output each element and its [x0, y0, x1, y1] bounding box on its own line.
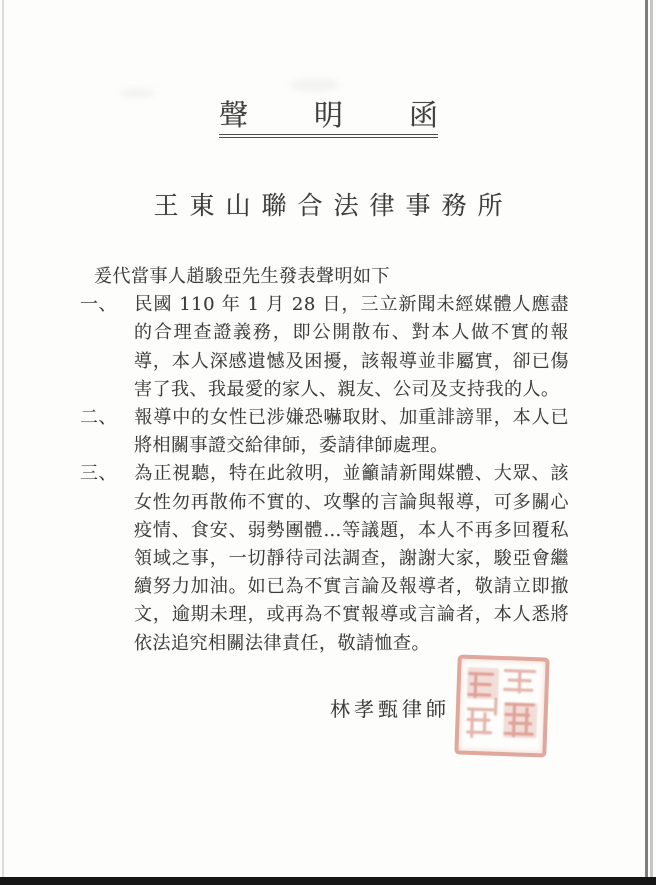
- lawyer-signature: 林孝甄律師: [330, 693, 450, 722]
- scan-smudge: [290, 78, 340, 92]
- statement-item-1: 一、民國 110 年 1 月 28 日，三立新聞未經媒體人應盡的合理查證義務，即…: [80, 291, 569, 404]
- statement-item-2: 二、報導中的女性已涉嫌恐嚇取財、加重誹謗罪，本人已將相關事證交給律師，委請律師處…: [80, 404, 569, 460]
- title-char: 函: [409, 99, 438, 131]
- title-char: 聲: [219, 99, 248, 131]
- scan-smudge: [120, 88, 156, 98]
- item-marker: 三、: [80, 460, 134, 488]
- law-firm-name: 王東山聯合法律事務所: [0, 186, 656, 222]
- scan-edge-right: [645, 0, 648, 885]
- red-seal-stamp-icon: [454, 654, 549, 757]
- item-text: 為正視聽，特在此敘明，並籲請新聞媒體、大眾、該女性勿再散佈不實的、攻擊的言論與報…: [134, 463, 569, 653]
- item-marker: 二、: [80, 404, 134, 432]
- scan-edge-bottom: [0, 877, 656, 885]
- item-marker: 一、: [80, 291, 134, 319]
- seal-glyph-strokes: [458, 659, 545, 754]
- scan-edge-right-highlight: [650, 0, 653, 885]
- document-title: 聲 明 函: [219, 99, 438, 138]
- item-text: 民國 110 年 1 月 28 日，三立新聞未經媒體人應盡的合理查證義務，即公開…: [134, 294, 569, 400]
- scan-edge-left: [2, 0, 4, 877]
- title-char: 明: [314, 99, 343, 131]
- item-text: 報導中的女性已涉嫌恐嚇取財、加重誹謗罪，本人已將相關事證交給律師，委請律師處理。: [134, 407, 569, 456]
- statement-item-3: 三、為正視聽，特在此敘明，並籲請新聞媒體、大眾、該女性勿再散佈不實的、攻擊的言論…: [80, 460, 569, 657]
- statement-intro: 爰代當事人趙駿亞先生發表聲明如下: [94, 263, 569, 291]
- statement-body: 爰代當事人趙駿亞先生發表聲明如下 一、民國 110 年 1 月 28 日，三立新…: [80, 263, 569, 658]
- scanned-statement-letter: 聲 明 函 王東山聯合法律事務所 爰代當事人趙駿亞先生發表聲明如下 一、民國 1…: [0, 0, 656, 885]
